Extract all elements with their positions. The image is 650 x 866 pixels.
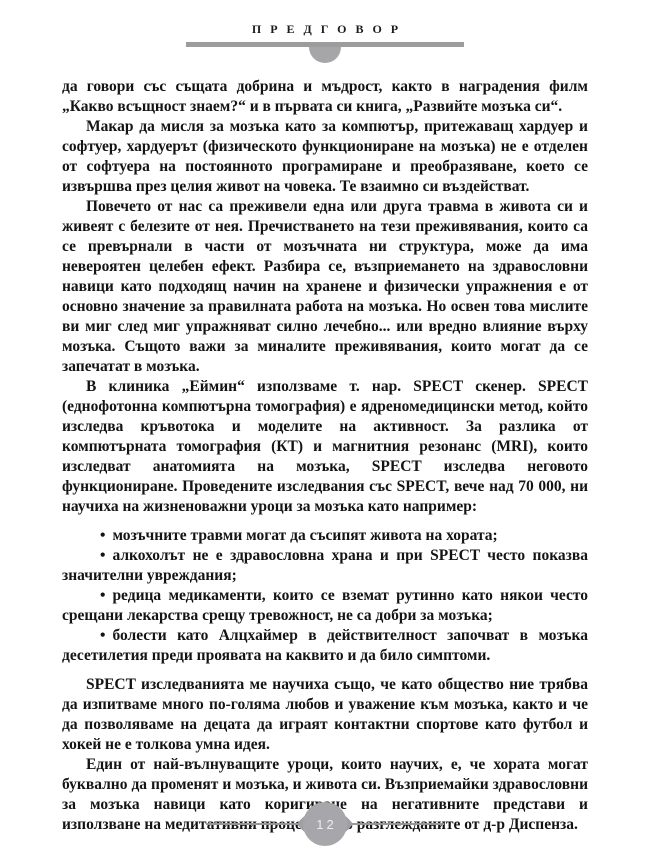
paragraph: Макар да мисля за мозъка като за компютъ… — [62, 117, 588, 197]
chapter-title: ПРЕДГОВОР — [0, 22, 650, 37]
bullet-item: •мозъчните травми могат да съсипят живот… — [62, 526, 588, 546]
bullet-icon: • — [100, 627, 105, 644]
bullet-item: •алкохолът не е здравословна храна и при… — [62, 546, 588, 586]
bullet-icon: • — [100, 527, 105, 544]
half-circle-icon — [309, 47, 341, 63]
footer-rule-left — [206, 823, 302, 825]
page-number: 12 — [313, 817, 336, 832]
bullet-text: алкохолът не е здравословна храна и при … — [62, 547, 588, 584]
header-rule-ornament — [186, 42, 464, 63]
footer-rule-right — [348, 823, 444, 825]
bullet-item: •болести като Алцхаймер в действителност… — [62, 626, 588, 666]
bullet-item: •редица медикаменти, които се вземат рут… — [62, 586, 588, 626]
page-number-badge: 12 — [303, 802, 347, 846]
bullet-text: редица медикаменти, които се вземат рути… — [62, 587, 588, 624]
paragraph: В клиника „Еймин“ използваме т. нар. SPE… — [62, 377, 588, 517]
bullet-icon: • — [100, 587, 105, 604]
book-page: ПРЕДГОВОР да говори със същата добрина и… — [0, 0, 650, 866]
page-footer: 12 — [0, 802, 650, 846]
paragraph-continuation: да говори със същата добрина и мъдрост, … — [62, 77, 588, 117]
bullet-list: •мозъчните травми могат да съсипят живот… — [62, 526, 588, 666]
paragraph: SPECT изследванията ме научиха също, че … — [62, 675, 588, 755]
bullet-text: мозъчните травми могат да съсипят живота… — [112, 527, 497, 544]
bullet-icon: • — [100, 547, 105, 564]
paragraph: Повечето от нас са преживели една или др… — [62, 197, 588, 377]
bullet-text: болести като Алцхаймер в действителност … — [62, 627, 588, 664]
page-body: да говори със същата добрина и мъдрост, … — [62, 77, 588, 835]
page-header: ПРЕДГОВОР — [0, 0, 650, 63]
